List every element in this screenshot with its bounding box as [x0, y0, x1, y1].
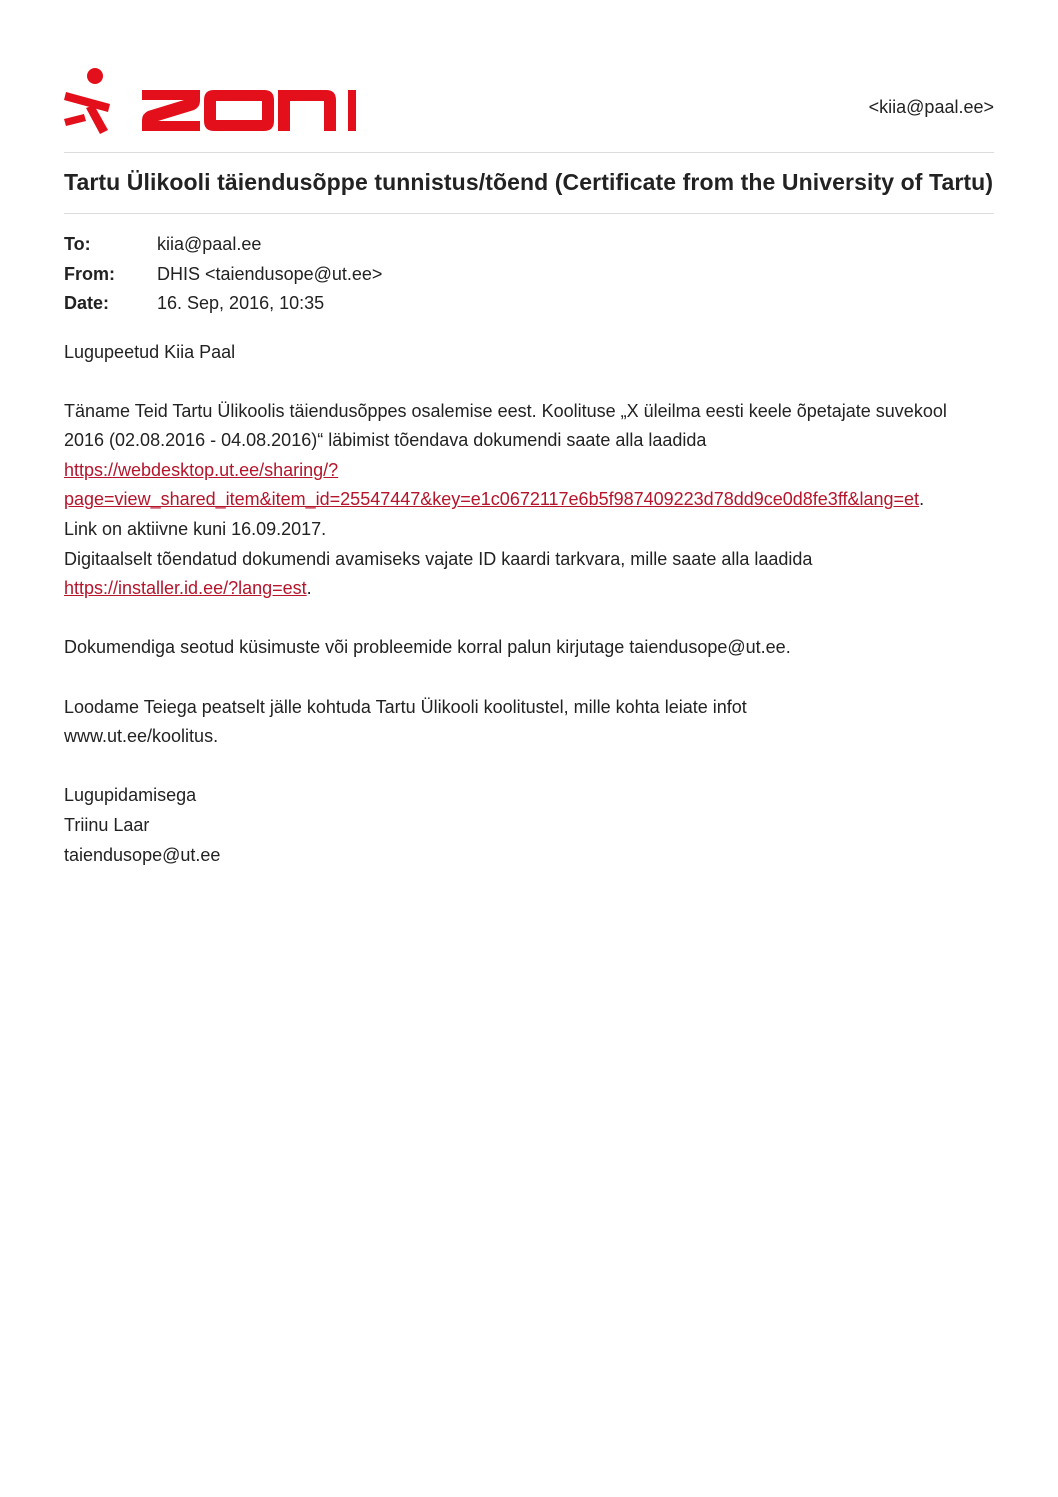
account-email: <kiia@paal.ee>	[869, 97, 994, 118]
zone-logo	[64, 64, 356, 136]
contact-paragraph: Dokumendiga seotud küsimuste või problee…	[64, 633, 1024, 663]
closing-line2: www.ut.ee/koolitus.	[64, 722, 1024, 752]
download-link-line2: page=view_shared_item&item_id=25547447&k…	[64, 489, 919, 509]
installer-link[interactable]: https://installer.id.ee/?lang=est	[64, 578, 307, 598]
download-link-line1: https://webdesktop.ut.ee/sharing/?	[64, 460, 338, 480]
to-label: To:	[64, 230, 157, 260]
divider	[64, 213, 994, 214]
closing-paragraph: Loodame Teiega peatselt jälle kohtuda Ta…	[64, 693, 1024, 752]
greeting: Lugupeetud Kiia Paal	[64, 338, 1024, 368]
link-active-text: Link on aktiivne kuni 16.09.2017.	[64, 515, 1024, 545]
id-software-text: Digitaalselt tõendatud dokumendi avamise…	[64, 545, 1024, 575]
installer-period: .	[307, 578, 312, 598]
signature-closing: Lugupidamisega	[64, 781, 1024, 811]
signer-email: taiendusope@ut.ee	[64, 841, 1024, 871]
email-subject: Tartu Ülikooli täiendusõppe tunnistus/tõ…	[64, 153, 994, 213]
link-period: .	[919, 489, 924, 509]
meta-date-row: Date: 16. Sep, 2016, 10:35	[64, 289, 994, 319]
certificate-paragraph: Täname Teid Tartu Ülikoolis täiendusõppe…	[64, 397, 1024, 604]
certificate-intro-text: Täname Teid Tartu Ülikoolis täiendusõppe…	[64, 397, 964, 456]
from-label: From:	[64, 260, 157, 290]
email-meta: To: kiia@paal.ee From: DHIS <taiendusope…	[64, 230, 994, 319]
meta-from-row: From: DHIS <taiendusope@ut.ee>	[64, 260, 994, 290]
closing-line1: Loodame Teiega peatselt jälle kohtuda Ta…	[64, 693, 1024, 723]
page-header: <kiia@paal.ee>	[64, 60, 994, 152]
date-value: 16. Sep, 2016, 10:35	[157, 289, 324, 319]
signature: Lugupidamisega Triinu Laar taiendusope@u…	[64, 781, 1024, 870]
email-body: Lugupeetud Kiia Paal Täname Teid Tartu Ü…	[64, 338, 1024, 871]
meta-to-row: To: kiia@paal.ee	[64, 230, 994, 260]
certificate-download-link[interactable]: https://webdesktop.ut.ee/sharing/?page=v…	[64, 460, 919, 510]
email-print-page: <kiia@paal.ee> Tartu Ülikooli täiendusõp…	[64, 60, 994, 900]
to-value: kiia@paal.ee	[157, 230, 261, 260]
signer-name: Triinu Laar	[64, 811, 1024, 841]
date-label: Date:	[64, 289, 157, 319]
from-value: DHIS <taiendusope@ut.ee>	[157, 260, 382, 290]
